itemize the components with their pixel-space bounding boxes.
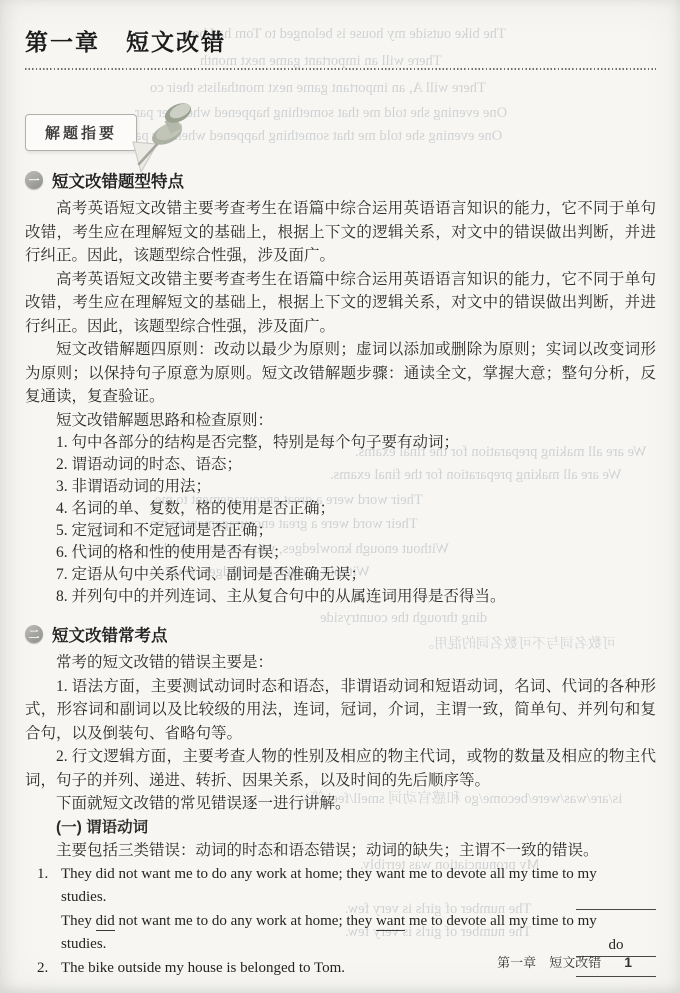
section1-heading: 一 短文改错题型特点 [25, 168, 656, 192]
example-1: 1. They did not want me to do any work a… [25, 863, 656, 957]
section2-badge-icon: 二 [25, 625, 43, 643]
section1-paragraph-1-repeat: 高考英语短文改错主要考查考生在语篇中综合运用英语语言知识的能力，它不同于单句改错… [25, 268, 656, 339]
checklist-item: 3. 非谓语动词的用法； [25, 476, 656, 498]
underlined-word-did: did [96, 913, 115, 931]
page-content: 第一章 短文改错 解题指要 一 短文改错题型特点 [25, 24, 656, 980]
section2-title: 短文改错常考点 [52, 622, 168, 646]
example-2-text-wrap: 2. The bike outside my house is belonged… [25, 957, 345, 981]
checklist-item: 5. 定冠词和不定冠词是否正确； [25, 520, 656, 542]
subsection1-intro: 主要包括三类错误：动词的时态和语态错误；动词的缺失；主谓不一致的错误。 [25, 839, 656, 863]
section2-point-1: 1. 语法方面，主要测试动词时态和语态，非谓语动词和短语动词，名词、代词的各种形… [25, 675, 656, 746]
answer-blank [576, 890, 656, 910]
guide-tag: 解题指要 [25, 114, 137, 151]
example-1-line-2: studies. [25, 886, 656, 910]
text-part: me to devote all my time to my [405, 913, 597, 929]
page-footer: 第一章 短文改错 1 [497, 952, 632, 971]
example-2-sentence: The bike outside my house is belonged to… [61, 957, 345, 981]
example-1-annotated-sentence: They did not want me to do any work at h… [61, 910, 597, 934]
guide-tag-row: 解题指要 [25, 114, 656, 154]
footer-chapter: 第一章 [497, 952, 536, 971]
section1-badge-icon: 一 [25, 171, 43, 189]
example-2-number: 2. [37, 957, 61, 981]
example-1-annotated-indent [37, 910, 61, 934]
example-1-annotated-continuation: studies. [61, 933, 106, 957]
checklist-item: 7. 定语从句中关系代词、副词是否准确无误； [25, 564, 656, 586]
section1-title: 短文改错题型特点 [52, 168, 184, 192]
text-part: They [61, 913, 96, 929]
checklist-item: 8. 并列句中的并列连词、主从复合句中的从属连词用得是否得当。 [25, 586, 656, 608]
page-number: 1 [624, 954, 632, 970]
section2-heading: 二 短文改错常考点 [25, 622, 656, 646]
section1-checklist: 1. 句中各部分的结构是否完整，特别是每个句子要有动词； 2. 谓语动词的时态、… [25, 432, 656, 608]
underlined-word-want: want [376, 913, 405, 931]
section1-paragraph-2: 短文改错解题四原则：改动以最少为原则；虚词以添加或删除为原则；实词以改变词形为原… [25, 338, 656, 409]
example-1-continuation: studies. [61, 886, 106, 910]
example-1-number: 1. [37, 863, 61, 887]
section1-paragraph-1: 高考英语短文改错主要考查考生在语篇中综合运用英语语言知识的能力，它不同于单句改错… [25, 197, 656, 268]
book-page: The bike outside my house is belonged to… [0, 0, 680, 993]
section2-transition: 下面就短文改错的常见错误逐一进行讲解。 [25, 792, 656, 816]
chapter-number: 第一章 [25, 24, 100, 57]
checklist-item: 6. 代词的格和性的使用是否有误； [25, 542, 656, 564]
chapter-header: 第一章 短文改错 [25, 24, 656, 57]
footer-title: 短文改错 [549, 952, 601, 971]
section2-point-2: 2. 行文逻辑方面，主要考查人物的性别及相应的物主代词，或物的数量及相应的物主代… [25, 745, 656, 792]
subsection1-title: (一) 谓语动词 [25, 816, 656, 840]
checklist-item: 2. 谓语动词的时态、语态； [25, 454, 656, 476]
section2-intro: 常考的短文改错的错误主要是： [25, 651, 656, 675]
dotted-divider [25, 68, 656, 70]
chapter-title: 短文改错 [126, 24, 226, 57]
section1-paragraph-3: 短文改错解题思路和检查原则： [25, 409, 656, 433]
example-1-sentence: They did not want me to do any work at h… [61, 863, 597, 887]
checklist-item: 4. 名词的单、复数，格的使用是否正确； [25, 498, 656, 520]
checklist-item: 1. 句中各部分的结构是否完整，特别是每个句子要有动词； [25, 432, 656, 454]
text-part: not want me to do any work at home; they [115, 913, 376, 929]
example-1-annotated-line-1: They did not want me to do any work at h… [25, 910, 656, 934]
example-1-line-1: 1. They did not want me to do any work a… [25, 863, 656, 887]
